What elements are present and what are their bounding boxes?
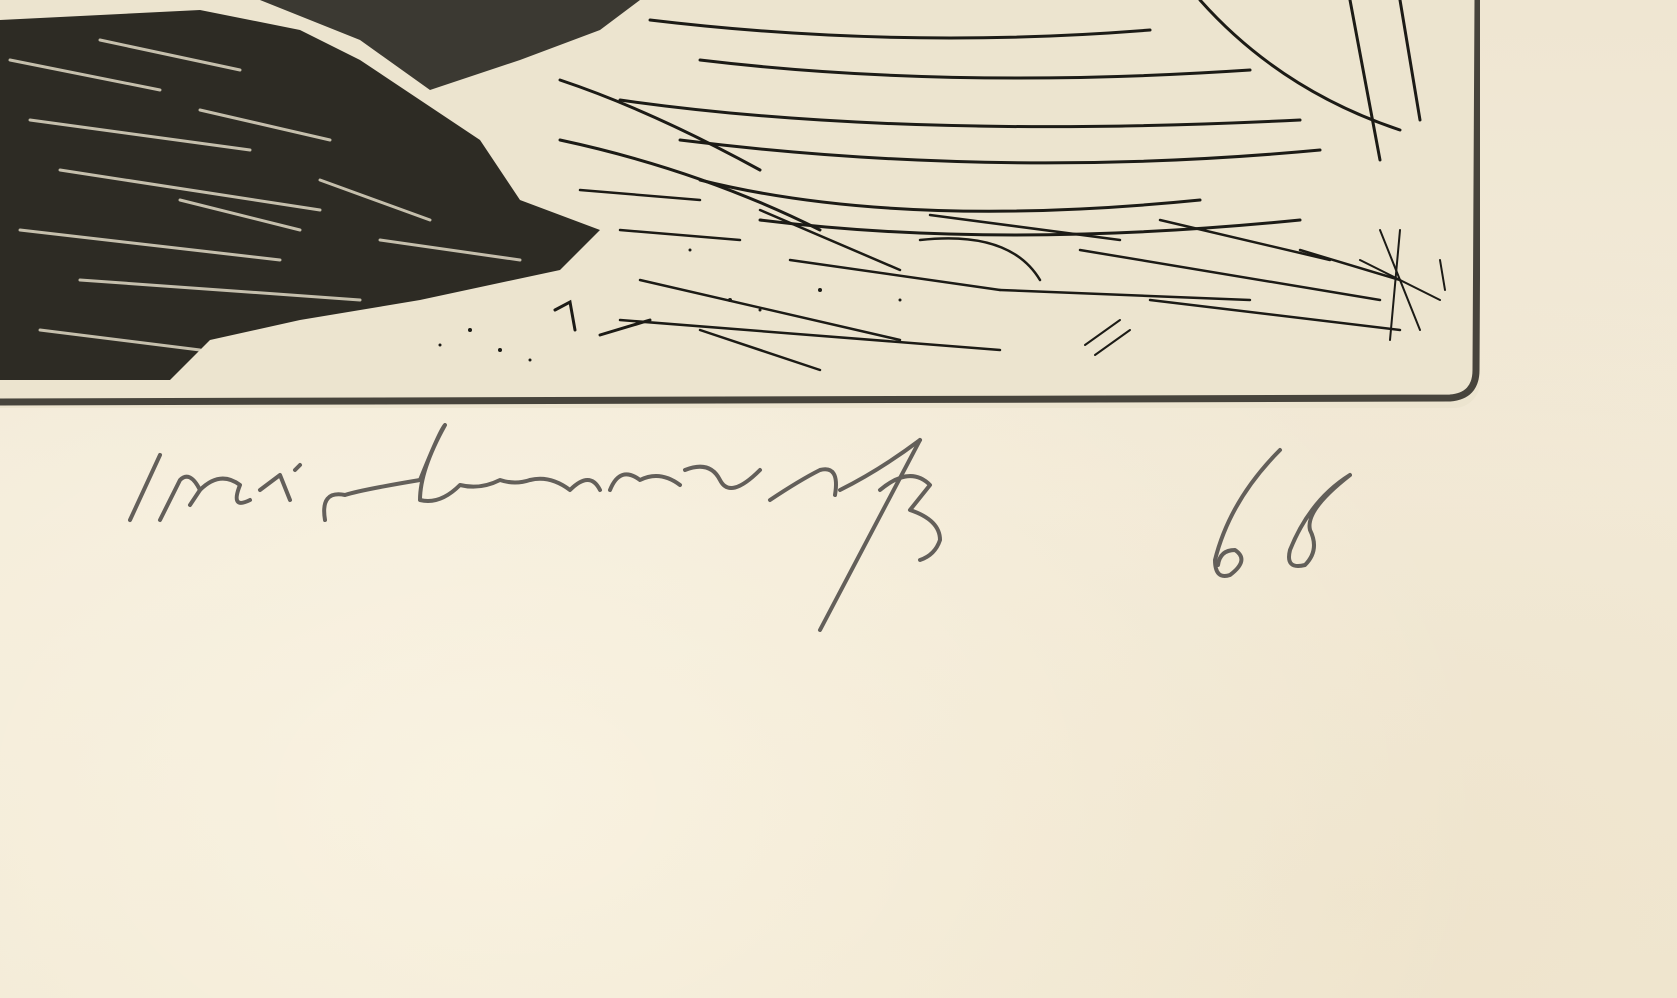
etching-strokes <box>0 0 1480 408</box>
etched-plate-area <box>0 0 1480 408</box>
pencil-signature <box>120 410 1440 650</box>
etching-photograph: Wunderlich 68 <box>0 0 1677 998</box>
signature-strokes <box>120 410 1440 650</box>
